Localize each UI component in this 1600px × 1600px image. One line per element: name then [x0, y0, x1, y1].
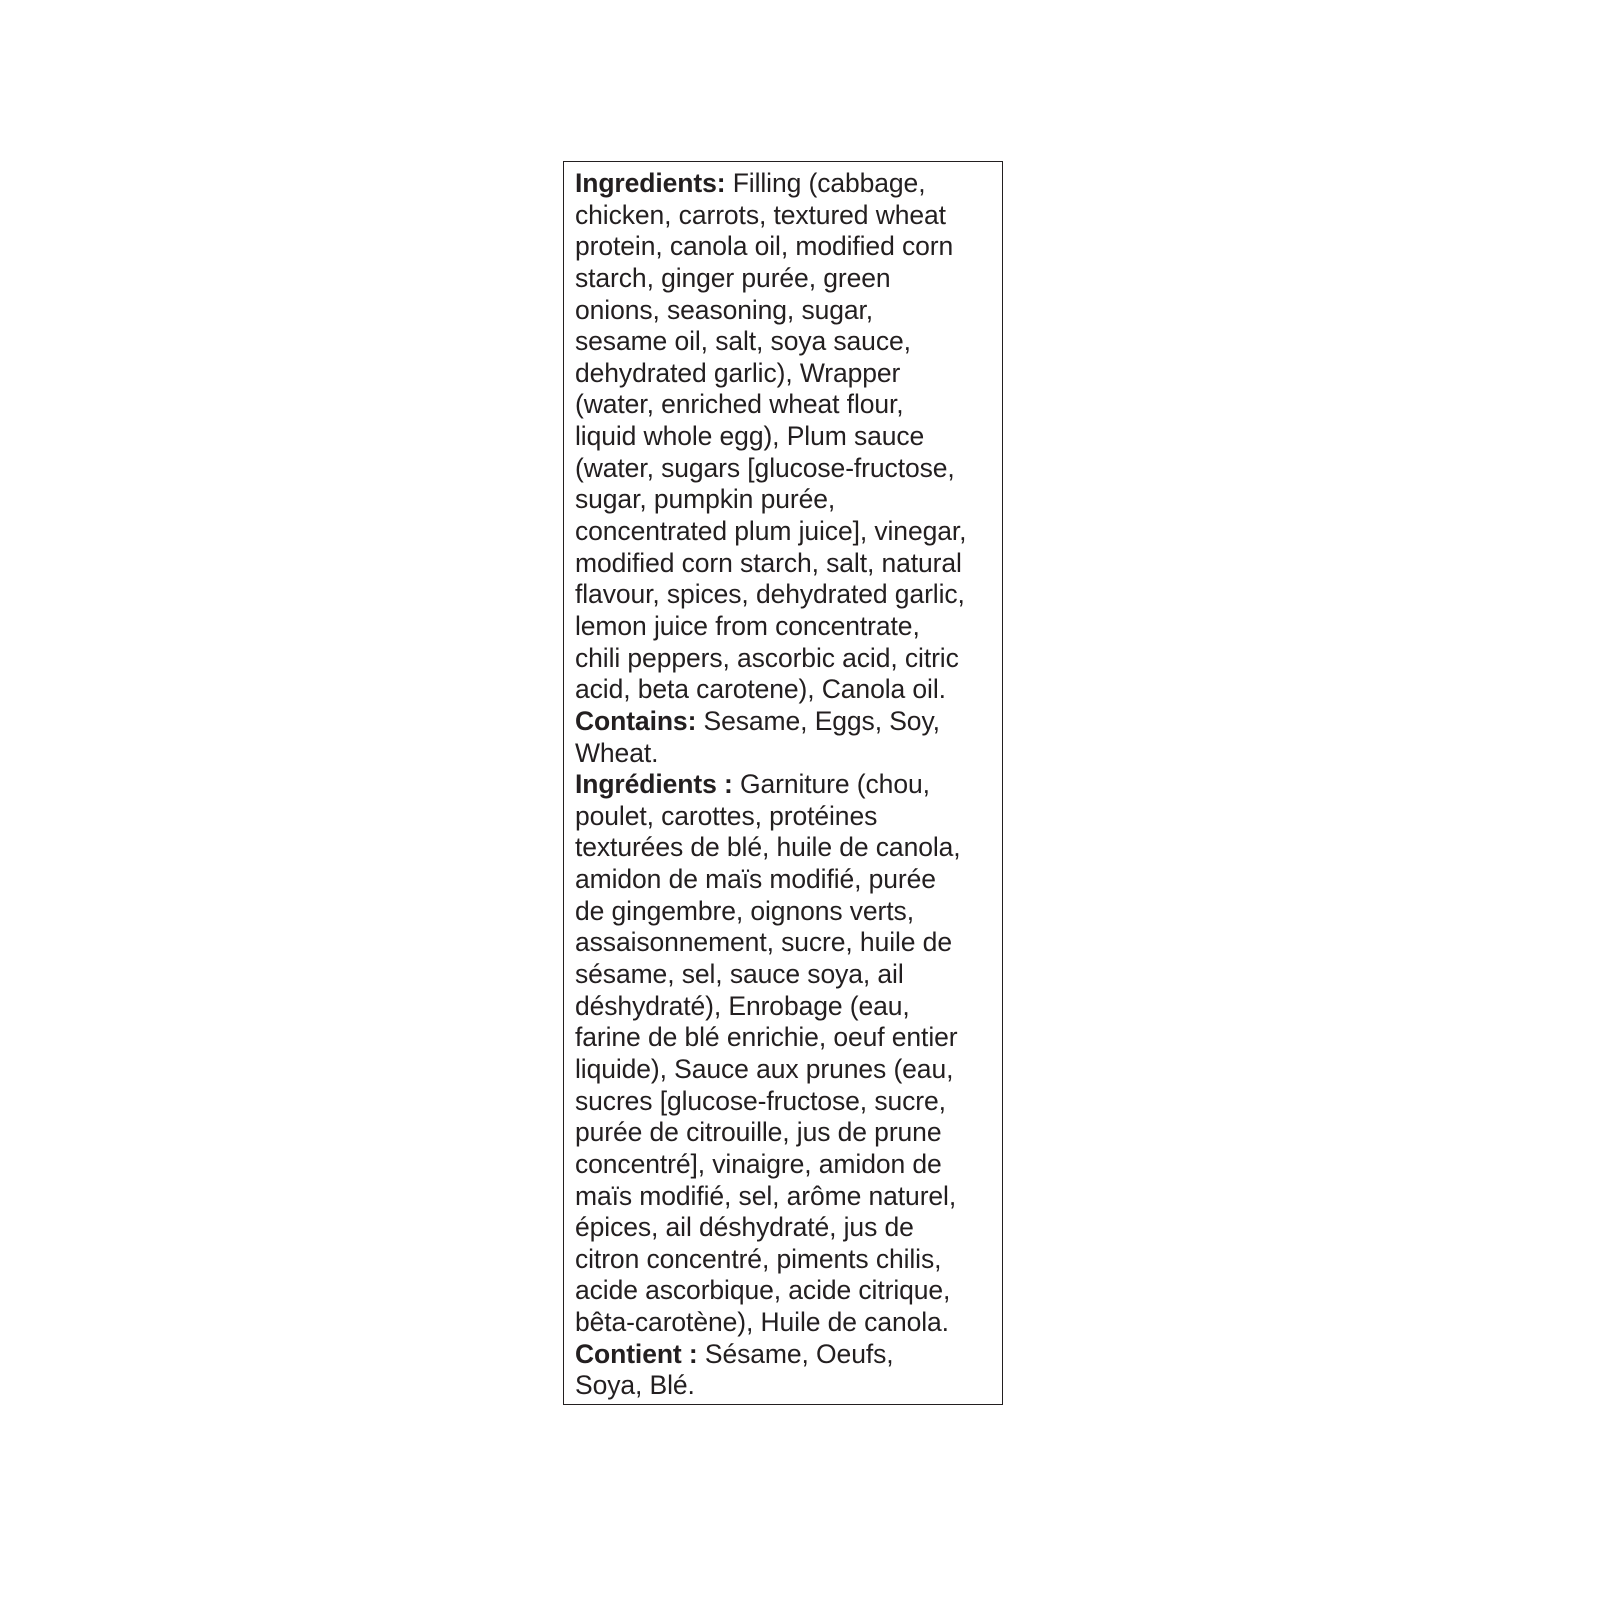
contains-line-en: Contains: Sesame, Eggs, Soy,: [575, 706, 966, 738]
text-line: citron concentré, piments chilis,: [575, 1244, 966, 1276]
text-line: liquid whole egg), Plum sauce: [575, 421, 966, 453]
text-line: sucres [glucose-fructose, sucre,: [575, 1086, 966, 1118]
text-line: sugar, pumpkin purée,: [575, 484, 966, 516]
text-line: sésame, sel, sauce soya, ail: [575, 959, 966, 991]
text-line: (water, enriched wheat flour,: [575, 389, 966, 421]
text-line: poulet, carottes, protéines: [575, 801, 966, 833]
text-line: amidon de maïs modifié, purée: [575, 864, 966, 896]
text-line: Ingrédients : Garniture (chou,: [575, 769, 966, 801]
text-line: Wheat.: [575, 738, 966, 770]
text-line: épices, ail déshydraté, jus de: [575, 1212, 966, 1244]
text-line: maïs modifié, sel, arôme naturel,: [575, 1181, 966, 1213]
text-line: modified corn starch, salt, natural: [575, 548, 966, 580]
text-line: Ingredients: Filling (cabbage,: [575, 168, 966, 200]
ingredients-text-block: Ingredients: Filling (cabbage, chicken, …: [575, 168, 966, 1402]
text-line: protein, canola oil, modified corn: [575, 231, 966, 263]
text-line: assaisonnement, sucre, huile de: [575, 927, 966, 959]
english-ingredients-section: Ingredients: Filling (cabbage, chicken, …: [575, 168, 966, 769]
text-line: lemon juice from concentrate,: [575, 611, 966, 643]
text-line: chicken, carrots, textured wheat: [575, 200, 966, 232]
ingredients-label-box: Ingredients: Filling (cabbage, chicken, …: [563, 161, 1003, 1405]
ingredients-heading-en: Ingredients:: [575, 168, 725, 198]
contains-line-fr: Contient : Sésame, Oeufs,: [575, 1339, 966, 1371]
french-ingredients-section: Ingrédients : Garniture (chou, poulet, c…: [575, 769, 966, 1402]
text-line: concentrated plum juice], vinegar,: [575, 516, 966, 548]
text-line: acid, beta carotene), Canola oil.: [575, 674, 966, 706]
text-line: déshydraté), Enrobage (eau,: [575, 991, 966, 1023]
text-line: acide ascorbique, acide citrique,: [575, 1275, 966, 1307]
text-line: (water, sugars [glucose-fructose,: [575, 453, 966, 485]
text-line: liquide), Sauce aux prunes (eau,: [575, 1054, 966, 1086]
ingredients-heading-fr: Ingrédients :: [575, 769, 733, 799]
text-line: flavour, spices, dehydrated garlic,: [575, 579, 966, 611]
text-line: concentré], vinaigre, amidon de: [575, 1149, 966, 1181]
text-line: Soya, Blé.: [575, 1370, 966, 1402]
text-line: dehydrated garlic), Wrapper: [575, 358, 966, 390]
text-line: chili peppers, ascorbic acid, citric: [575, 643, 966, 675]
text-line: bêta-carotène), Huile de canola.: [575, 1307, 966, 1339]
text-line: texturées de blé, huile de canola,: [575, 832, 966, 864]
text-line: purée de citrouille, jus de prune: [575, 1117, 966, 1149]
contains-heading-en: Contains:: [575, 706, 696, 736]
text-line: starch, ginger purée, green: [575, 263, 966, 295]
contains-heading-fr: Contient :: [575, 1339, 698, 1369]
text-line: farine de blé enrichie, oeuf entier: [575, 1022, 966, 1054]
text-line: onions, seasoning, sugar,: [575, 295, 966, 327]
text-line: de gingembre, oignons verts,: [575, 896, 966, 928]
text-line: sesame oil, salt, soya sauce,: [575, 326, 966, 358]
